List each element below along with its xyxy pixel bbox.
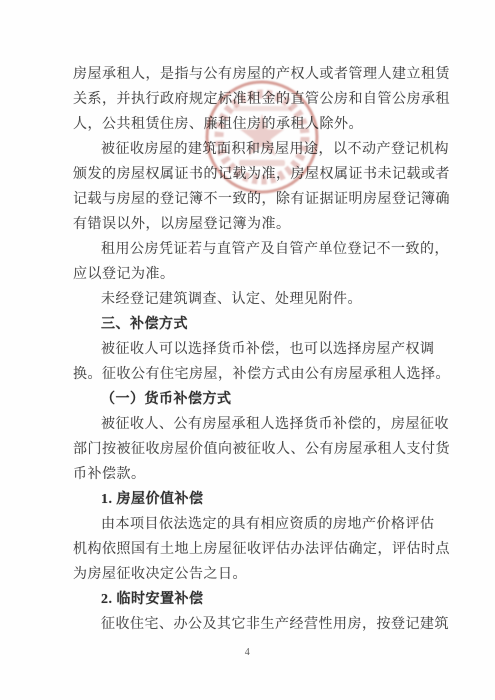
text-line: 征收住宅、办公及其它非生产经营性用房，按登记建筑 <box>73 612 463 637</box>
text-line: 记载与房屋的登记簿不一致的，除有证据证明房屋登记簿确 <box>73 187 463 212</box>
heading-line: （一）货币补偿方式 <box>73 387 463 412</box>
text-line: 币补偿款。 <box>73 462 463 487</box>
text-line: 被征收人可以选择货币补偿，也可以选择房屋产权调 <box>73 337 463 362</box>
text-line: 被征收人、公有房屋承租人选择货币补偿的，房屋征收 <box>73 412 463 437</box>
text-line: 被征收房屋的建筑面积和房屋用途，以不动产登记机构 <box>73 137 463 162</box>
text-line: 房屋承租人，是指与公有房屋的产权人或者管理人建立租赁 <box>73 62 463 87</box>
heading-line: 三、补偿方式 <box>73 312 463 337</box>
text-line: 为房屋征收决定公告之日。 <box>73 562 463 587</box>
document-page: 房屋承租人，是指与公有房屋的产权人或者管理人建立租赁关系，并执行政府规定标准租金… <box>0 0 495 700</box>
text-line: 颁发的房屋权属证书的记载为准，房屋权属证书未记载或者 <box>73 162 463 187</box>
text-line: 未经登记建筑调查、认定、处理见附件。 <box>73 287 463 312</box>
document-body: 房屋承租人，是指与公有房屋的产权人或者管理人建立租赁关系，并执行政府规定标准租金… <box>73 62 463 637</box>
text-line: 由本项目依法选定的具有相应资质的房地产价格评估 <box>73 512 463 537</box>
heading-line: 2. 临时安置补偿 <box>73 587 463 612</box>
heading-line: 1. 房屋价值补偿 <box>73 487 463 512</box>
text-line: 租用公房凭证若与直管产及自管产单位登记不一致的， <box>73 237 463 262</box>
text-line: 关系，并执行政府规定标准租金的直管公房和自管公房承租 <box>73 87 463 112</box>
page-number: 4 <box>0 647 495 658</box>
text-line: 应以登记为准。 <box>73 262 463 287</box>
text-line: 换。征收公有住宅房屋，补偿方式由公有房屋承租人选择。 <box>73 362 463 387</box>
text-line: 人，公共租赁住房、廉租住房的承租人除外。 <box>73 112 463 137</box>
text-line: 部门按被征收房屋价值向被征收人、公有房屋承租人支付货 <box>73 437 463 462</box>
text-line: 有错误以外，以房屋登记簿为准。 <box>73 212 463 237</box>
text-line: 机构依照国有土地上房屋征收评估办法评估确定，评估时点 <box>73 537 463 562</box>
